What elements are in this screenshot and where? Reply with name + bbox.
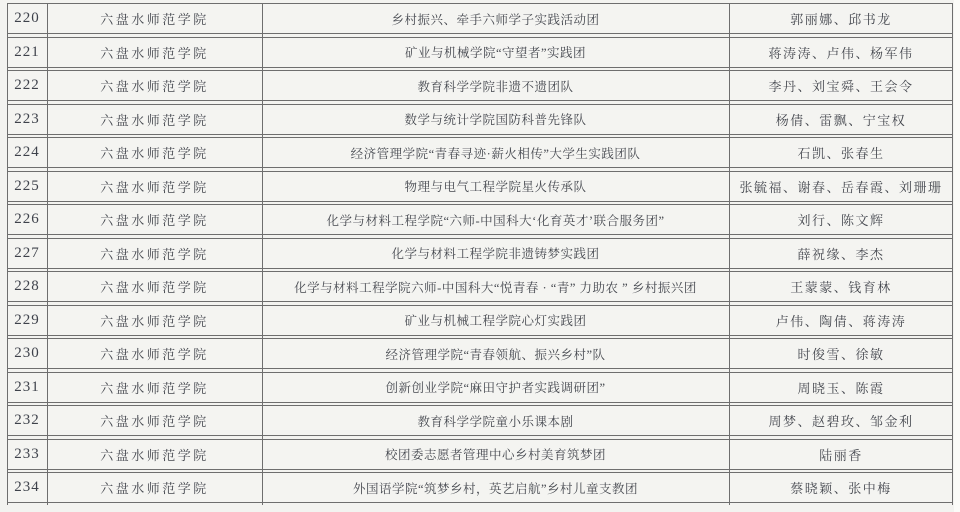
table-row: 232 六盘水师范学院 教育科学学院童小乐课本剧 周梦、赵碧玫、邹金利 [7,405,953,436]
cell-team-name: 数学与统计学院国防科普先锋队 [262,105,729,134]
cell-row-number: 224 [7,138,47,167]
cell-team-name: 化学与材料工程学院“六师-中国科大‘化育英才’联合服务团” [262,205,729,234]
document-page: 220 六盘水师范学院 乡村振兴、牵手六师学子实践活动团 郭丽娜、邱书龙 221… [0,0,960,512]
cell-row-number: 220 [7,4,47,33]
cell-school-name: 六盘水师范学院 [47,473,262,502]
cell-row-number: 234 [7,473,47,502]
cell-school-name: 六盘水师范学院 [47,71,262,100]
table-row: 221 六盘水师范学院 矿业与机械学院“守望者”实践团 蒋涛涛、卢伟、杨军伟 [7,37,953,68]
table-body: 220 六盘水师范学院 乡村振兴、牵手六师学子实践活动团 郭丽娜、邱书龙 221… [7,3,953,503]
cell-row-number: 233 [7,440,47,469]
cell-team-name: 教育科学学院非遗不遗团队 [262,71,729,100]
cell-school-name: 六盘水师范学院 [47,138,262,167]
award-list-table: 220 六盘水师范学院 乡村振兴、牵手六师学子实践活动团 郭丽娜、邱书龙 221… [7,3,953,506]
table-row: 231 六盘水师范学院 创新创业学院“麻田守护者实践调研团” 周晓玉、陈霞 [7,372,953,403]
cell-school-name: 六盘水师范学院 [47,339,262,368]
table-row: 228 六盘水师范学院 化学与材料工程学院六师-中国科大“悦青春 · “青” 力… [7,271,953,302]
cell-row-number: 230 [7,339,47,368]
table-row: 224 六盘水师范学院 经济管理学院“青春寻迹·薪火相传”大学生实践团队 石凯、… [7,137,953,168]
table-row: 229 六盘水师范学院 矿业与机械工程学院心灯实践团 卢伟、陶倩、蒋涛涛 [7,305,953,336]
cell-team-name: 校团委志愿者管理中心乡村美育筑梦团 [262,440,729,469]
cell-member-names: 李丹、刘宝舜、王会令 [729,71,953,100]
cell-school-name: 六盘水师范学院 [47,272,262,301]
cell-member-names: 蔡晓颖、张中梅 [729,473,953,502]
table-row: 220 六盘水师范学院 乡村振兴、牵手六师学子实践活动团 郭丽娜、邱书龙 [7,3,953,34]
cell-school-name: 六盘水师范学院 [47,4,262,33]
cell-member-names: 郭丽娜、邱书龙 [729,4,953,33]
cell-school-name: 六盘水师范学院 [47,306,262,335]
cell-row-number: 225 [7,172,47,201]
cell-school-name: 六盘水师范学院 [47,406,262,435]
table-row: 234 六盘水师范学院 外国语学院“筑梦乡村，英艺启航”乡村儿童支教团 蔡晓颖、… [7,472,953,503]
cell-member-names: 杨倩、雷飘、宁宝权 [729,105,953,134]
cell-member-names: 周梦、赵碧玫、邹金利 [729,406,953,435]
cell-team-name: 教育科学学院童小乐课本剧 [262,406,729,435]
cell-school-name: 六盘水师范学院 [47,38,262,67]
cell-team-name: 化学与材料工程学院非遗铸梦实践团 [262,239,729,268]
table-row: 233 六盘水师范学院 校团委志愿者管理中心乡村美育筑梦团 陆丽香 [7,439,953,470]
cell-row-number: 222 [7,71,47,100]
cell-member-names: 卢伟、陶倩、蒋涛涛 [729,306,953,335]
table-row: 222 六盘水师范学院 教育科学学院非遗不遗团队 李丹、刘宝舜、王会令 [7,70,953,101]
cell-school-name: 六盘水师范学院 [47,172,262,201]
cell-school-name: 六盘水师范学院 [47,205,262,234]
table-row: 225 六盘水师范学院 物理与电气工程学院星火传承队 张毓福、谢春、岳春霞、刘珊… [7,171,953,202]
cell-team-name: 矿业与机械工程学院心灯实践团 [262,306,729,335]
table-row: 226 六盘水师范学院 化学与材料工程学院“六师-中国科大‘化育英才’联合服务团… [7,204,953,235]
cell-member-names: 蒋涛涛、卢伟、杨军伟 [729,38,953,67]
table-row: 227 六盘水师范学院 化学与材料工程学院非遗铸梦实践团 薛祝缘、李杰 [7,238,953,269]
cell-school-name: 六盘水师范学院 [47,105,262,134]
cell-team-name: 物理与电气工程学院星火传承队 [262,172,729,201]
cell-member-names: 时俊雪、徐敏 [729,339,953,368]
table-row: 223 六盘水师范学院 数学与统计学院国防科普先锋队 杨倩、雷飘、宁宝权 [7,104,953,135]
cell-row-number: 231 [7,373,47,402]
cell-row-number: 221 [7,38,47,67]
cell-team-name: 外国语学院“筑梦乡村，英艺启航”乡村儿童支教团 [262,473,729,502]
cell-member-names: 王蒙蒙、钱育林 [729,272,953,301]
cell-row-number: 223 [7,105,47,134]
cell-member-names: 薛祝缘、李杰 [729,239,953,268]
cell-school-name: 六盘水师范学院 [47,239,262,268]
cell-member-names: 石凯、张春生 [729,138,953,167]
cell-team-name: 经济管理学院“青春领航、振兴乡村”队 [262,339,729,368]
cell-row-number: 228 [7,272,47,301]
cell-team-name: 矿业与机械学院“守望者”实践团 [262,38,729,67]
cell-member-names: 陆丽香 [729,440,953,469]
page-right-margin [954,0,960,512]
cell-member-names: 周晓玉、陈霞 [729,373,953,402]
cell-row-number: 232 [7,406,47,435]
cell-row-number: 226 [7,205,47,234]
cell-school-name: 六盘水师范学院 [47,373,262,402]
cell-row-number: 229 [7,306,47,335]
cell-team-name: 创新创业学院“麻田守护者实践调研团” [262,373,729,402]
cell-row-number: 227 [7,239,47,268]
cell-team-name: 经济管理学院“青春寻迹·薪火相传”大学生实践团队 [262,138,729,167]
cell-team-name: 化学与材料工程学院六师-中国科大“悦青春 · “青” 力助农 ” 乡村振兴团 [262,272,729,301]
table-row: 230 六盘水师范学院 经济管理学院“青春领航、振兴乡村”队 时俊雪、徐敏 [7,338,953,369]
cell-member-names: 刘行、陈文辉 [729,205,953,234]
cell-school-name: 六盘水师范学院 [47,440,262,469]
cell-member-names: 张毓福、谢春、岳春霞、刘珊珊 [729,172,953,201]
cell-team-name: 乡村振兴、牵手六师学子实践活动团 [262,4,729,33]
